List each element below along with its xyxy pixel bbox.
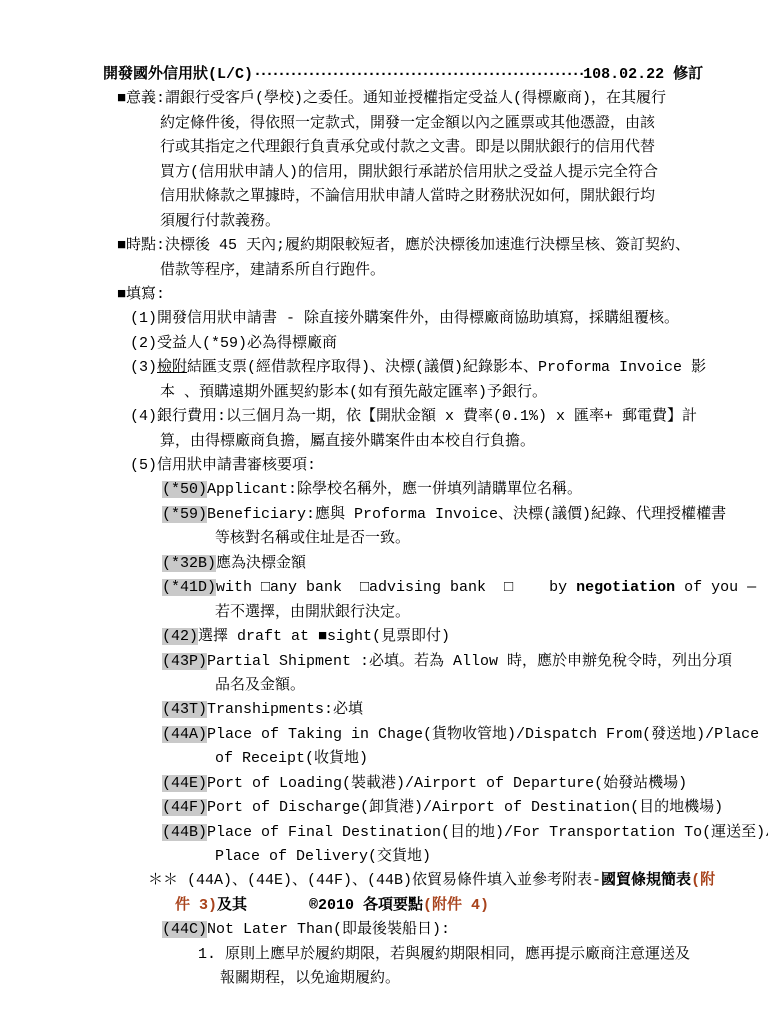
- line-text: Not Later Than(即最後裝船日):: [207, 921, 450, 938]
- doc-line: 約定條件後，得依照一定款式，開發一定金額以內之匯票或其他憑證，由該: [160, 112, 768, 136]
- doc-line: (44E)Port of Loading(裝載港)/Airport of Dep…: [162, 772, 768, 796]
- field-tag: (*32B): [162, 555, 216, 572]
- doc-line: (44B)Place of Final Destination(目的地)/For…: [162, 821, 768, 845]
- field-tag: (44B): [162, 824, 207, 841]
- line-text: Partial Shipment :必填。若為 Allow 時，應於申辦免稅令時…: [207, 653, 732, 670]
- field-tag: (42): [162, 628, 198, 645]
- doc-line: (3)檢附結匯支票(經借款程序取得)、決標(議價)紀錄影本、Proforma I…: [130, 356, 768, 380]
- doc-line: ■填寫:: [117, 283, 768, 307]
- field-tag: (44E): [162, 775, 207, 792]
- line-text: 結匯支票(經借款程序取得)、決標(議價)紀錄影本、Proforma Invoic…: [187, 359, 706, 376]
- line-text: Place of Final Destination(目的地)/For Tran…: [207, 824, 768, 841]
- attachment-ref: (附件 4): [423, 897, 489, 914]
- field-tag: (44C): [162, 921, 207, 938]
- doc-line: (*50)Applicant:除學校名稱外，應一併填列請購單位名稱。: [162, 478, 768, 502]
- page-title: 開發國外信用狀(L/C): [103, 66, 253, 83]
- bold-text: ®2010 各項要點: [309, 897, 423, 914]
- revision-date: 108.02.22 修訂: [583, 66, 703, 83]
- line-text: Port of Loading(裝載港)/Airport of Departur…: [207, 775, 687, 792]
- doc-line: (*32B)應為決標金額: [162, 552, 768, 576]
- doc-line: (*59)Beneficiary:應與 Proforma Invoice、決標(…: [162, 503, 768, 527]
- doc-line: 借款等程序，建請系所自行跑件。: [160, 259, 768, 283]
- doc-line: Place of Delivery(交貨地): [215, 845, 768, 869]
- doc-line: (5)信用狀申請書審核要項:: [130, 454, 768, 478]
- line-text: 應為決標金額: [216, 555, 306, 572]
- doc-line: 信用狀條款之單據時，不論信用狀申請人當時之財務狀況如何，開狀銀行均: [160, 185, 768, 209]
- line-text: Beneficiary:應與 Proforma Invoice、決標(議價)紀錄…: [207, 506, 726, 523]
- doc-line: of Receipt(收貨地): [215, 747, 768, 771]
- doc-line: (44C)Not Later Than(即最後裝船日):: [162, 918, 768, 942]
- doc-line: 算，由得標廠商負擔，屬直接外購案件由本校自行負擔。: [160, 430, 768, 454]
- dot-leader: ········································…: [253, 66, 583, 83]
- doc-line: 報關期程，以免逾期履約。: [220, 967, 768, 991]
- note-text: ＊＊ (44A)、(44E)、(44F)、(44B)依貿易條件填入並參考附表-: [148, 872, 601, 889]
- doc-line: (1)開發信用狀申請書 - 除直接外購案件外，由得標廠商協助填寫，採購組覆核。: [130, 307, 768, 331]
- bold-text: negotiation: [576, 579, 675, 596]
- bold-text: 國貿條規簡表: [601, 872, 691, 889]
- field-tag: (43P): [162, 653, 207, 670]
- document-page: 開發國外信用狀(L/C)····························…: [0, 0, 768, 992]
- field-tag: (44A): [162, 726, 207, 743]
- doc-line: (44F)Port of Discharge(卸貨港)/Airport of D…: [162, 796, 768, 820]
- doc-line: 等核對名稱或住址是否一致。: [215, 527, 768, 551]
- doc-line: (43P)Partial Shipment :必填。若為 Allow 時，應於申…: [162, 650, 768, 674]
- attachment-ref: (附: [691, 872, 715, 889]
- doc-line: (44A)Place of Taking in Chage(貨物收管地)/Dis…: [162, 723, 768, 747]
- doc-line: (43T)Transhipments:必填: [162, 698, 768, 722]
- doc-line: ■意義:謂銀行受客戶(學校)之委任。通知並授權指定受益人(得標廠商)，在其履行: [117, 87, 768, 111]
- field-tag: (*41D): [162, 579, 216, 596]
- doc-line: (*41D)with □any bank □advising bank □ by…: [162, 576, 768, 600]
- doc-line: 買方(信用狀申請人)的信用，開狀銀行承諾於信用狀之受益人提示完全符合: [160, 161, 768, 185]
- field-tag: (43T): [162, 701, 207, 718]
- doc-title-line: 開發國外信用狀(L/C)····························…: [103, 63, 768, 87]
- doc-line: 本 、預購遠期外匯契約影本(如有預先敲定匯率)予銀行。: [160, 381, 768, 405]
- doc-line: 品名及金額。: [215, 674, 768, 698]
- item-number: (3): [130, 359, 157, 376]
- line-text: Place of Taking in Chage(貨物收管地)/Dispatch…: [207, 726, 759, 743]
- field-tag: (*50): [162, 481, 207, 498]
- line-text: of you —: [675, 579, 756, 596]
- doc-line: 若不選擇，由開狀銀行決定。: [215, 601, 768, 625]
- doc-line: 件 3)及其®2010 各項要點(附件 4): [175, 894, 768, 918]
- doc-line: (42)選擇 draft at ■sight(見票即付): [162, 625, 768, 649]
- doc-line: (2)受益人(*59)必為得標廠商: [130, 332, 768, 356]
- field-tag: (44F): [162, 799, 207, 816]
- line-text: Applicant:除學校名稱外，應一併填列請購單位名稱。: [207, 481, 582, 498]
- doc-line: ＊＊ (44A)、(44E)、(44F)、(44B)依貿易條件填入並參考附表-國…: [148, 869, 768, 893]
- line-text: Port of Discharge(卸貨港)/Airport of Destin…: [207, 799, 723, 816]
- doc-line: 須履行付款義務。: [160, 210, 768, 234]
- field-tag: (*59): [162, 506, 207, 523]
- line-text: 選擇 draft at ■sight(見票即付): [198, 628, 450, 645]
- underlined-text: 檢附: [157, 359, 187, 376]
- line-text: Transhipments:必填: [207, 701, 363, 718]
- doc-line: (4)銀行費用:以三個月為一期，依【開狀金額 x 費率(0.1%) x 匯率+ …: [130, 405, 768, 429]
- checkbox-options-text: with □any bank □advising bank □ by: [216, 579, 576, 596]
- attachment-ref: 件 3): [175, 897, 217, 914]
- doc-line: 1. 原則上應早於履約期限，若與履約期限相同，應再提示廠商注意運送及: [198, 943, 768, 967]
- doc-line: 行或其指定之代理銀行負責承兌或付款之文書。即是以開狀銀行的信用代替: [160, 136, 768, 160]
- bold-text: 及其: [217, 897, 247, 914]
- doc-line: ■時點:決標後 45 天內;履約期限較短者，應於決標後加速進行決標呈核、簽訂契約…: [117, 234, 768, 258]
